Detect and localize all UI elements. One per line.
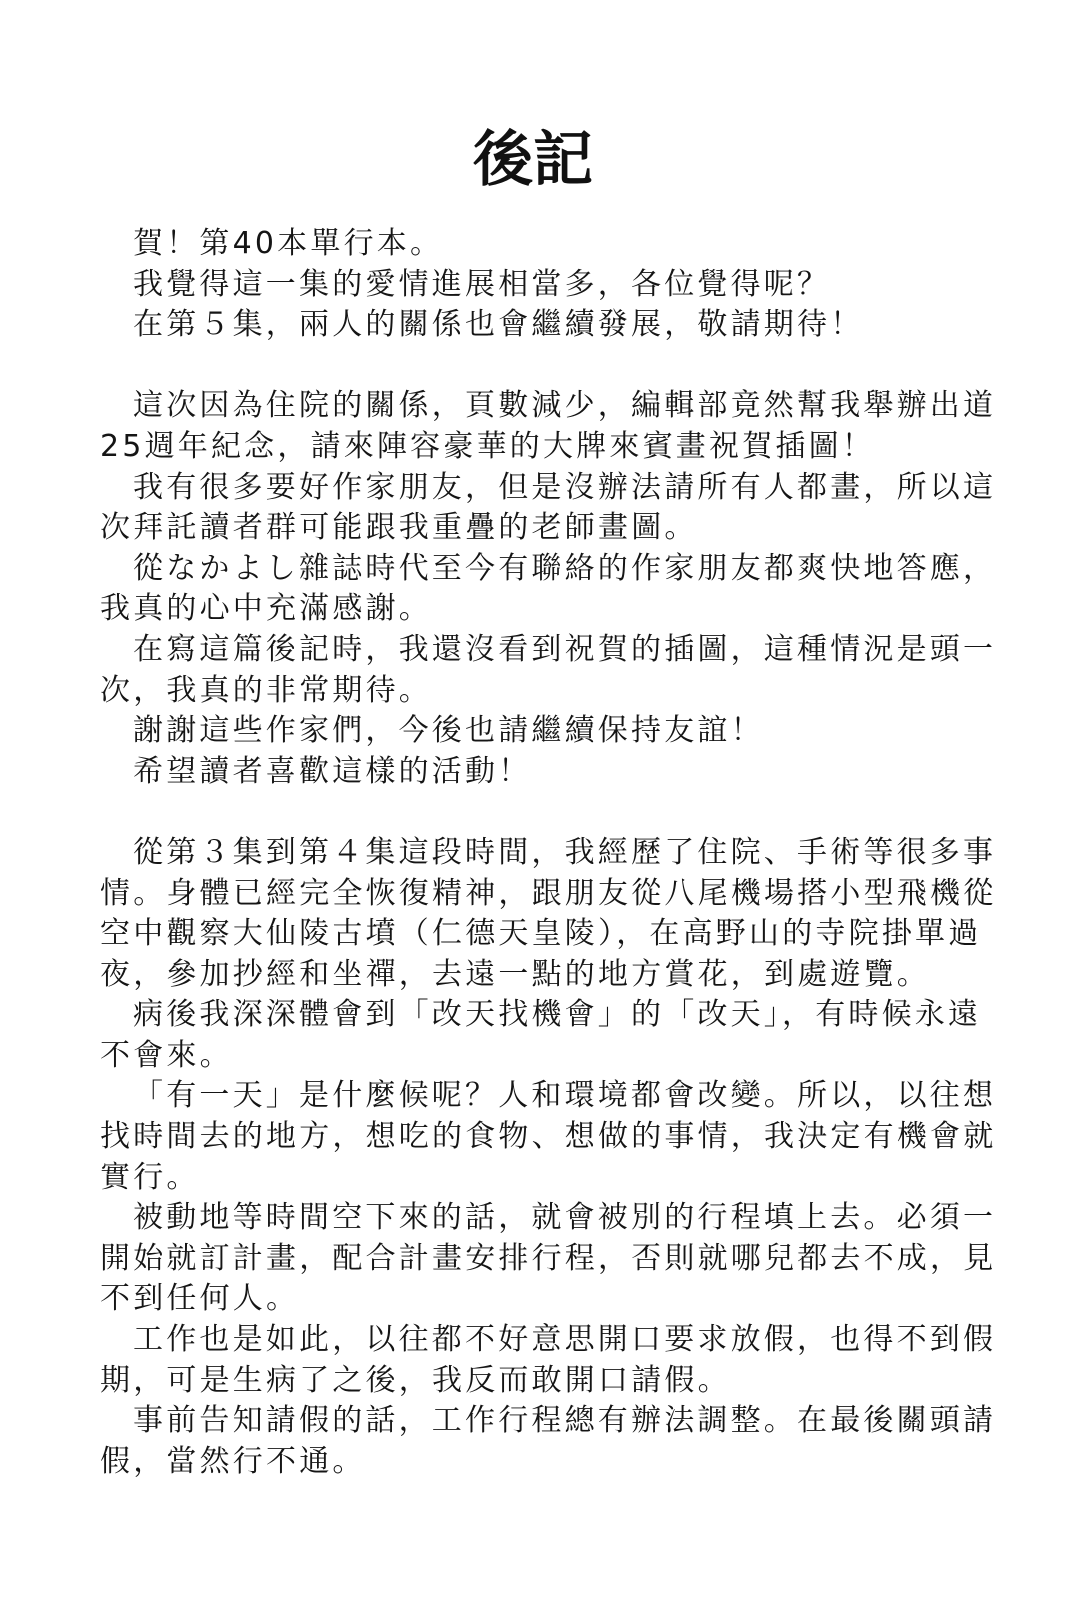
text-line: 次拜託讀者群可能跟我重疊的老師畫圖。 [100,508,980,549]
text-line: 這次因為住院的關係，頁數減少，編輯部竟然幫我舉辦出道 [100,386,980,427]
text-line: 假，當然行不通。 [100,1442,980,1483]
text-line: 我覺得這一集的愛情進展相當多，各位覺得呢？ [100,265,980,306]
text-line: 開始就訂計畫，配合計畫安排行程，否則就哪兒都去不成，見 [100,1239,980,1280]
text-line: 我有很多要好作家朋友，但是沒辦法請所有人都畫，所以這 [100,468,980,509]
text-line: 不到任何人。 [100,1279,980,1320]
text-line: 被動地等時間空下來的話，就會被別的行程填上去。必須一 [100,1198,980,1239]
afterword-body: 賀！第40本單行本。 我覺得這一集的愛情進展相當多，各位覺得呢？ 在第５集，兩人… [100,224,980,1482]
paragraph-group-2: 這次因為住院的關係，頁數減少，編輯部竟然幫我舉辦出道 25週年紀念，請來陣容豪華… [100,386,980,792]
text-line: 在寫這篇後記時，我還沒看到祝賀的插圖，這種情況是頭一 [100,630,980,671]
section-gap [100,792,980,833]
paragraph-group-3: 從第３集到第４集這段時間，我經歷了住院、手術等很多事 情。身體已經完全恢復精神，… [100,833,980,1483]
text-line: 「有一天」是什麼候呢？人和環境都會改變。所以，以往想 [100,1076,980,1117]
text-line: 情。身體已經完全恢復精神，跟朋友從八尾機場搭小型飛機從 [100,874,980,915]
paragraph-group-1: 賀！第40本單行本。 我覺得這一集的愛情進展相當多，各位覺得呢？ 在第５集，兩人… [100,224,980,346]
text-line: 病後我深深體會到「改天找機會」的「改天」，有時候永遠 [100,995,980,1036]
page-title: 後記 [0,120,1066,200]
text-line: 賀！第40本單行本。 [100,224,980,265]
text-line: 實行。 [100,1158,980,1199]
text-line: 夜，參加抄經和坐禪，去遠一點的地方賞花，到處遊覽。 [100,955,980,996]
text-line: 找時間去的地方，想吃的食物、想做的事情，我決定有機會就 [100,1117,980,1158]
text-line: 事前告知請假的話，工作行程總有辦法調整。在最後關頭請 [100,1401,980,1442]
text-line: 從第３集到第４集這段時間，我經歷了住院、手術等很多事 [100,833,980,874]
text-line: 次，我真的非常期待。 [100,671,980,712]
text-line: 在第５集，兩人的關係也會繼續發展，敬請期待！ [100,305,980,346]
text-line: 從なかよし雜誌時代至今有聯絡的作家朋友都爽快地答應， [100,549,980,590]
text-line: 工作也是如此，以往都不好意思開口要求放假，也得不到假 [100,1320,980,1361]
text-line: 謝謝這些作家們，今後也請繼續保持友誼！ [100,711,980,752]
text-line: 期，可是生病了之後，我反而敢開口請假。 [100,1361,980,1402]
text-line: 我真的心中充滿感謝。 [100,589,980,630]
text-line: 空中觀察大仙陵古墳（仁德天皇陵），在高野山的寺院掛單過 [100,914,980,955]
text-line: 不會來。 [100,1036,980,1077]
section-gap [100,346,980,387]
text-line: 25週年紀念，請來陣容豪華的大牌來賓畫祝賀插圖！ [100,427,980,468]
text-line: 希望讀者喜歡這樣的活動！ [100,752,980,793]
